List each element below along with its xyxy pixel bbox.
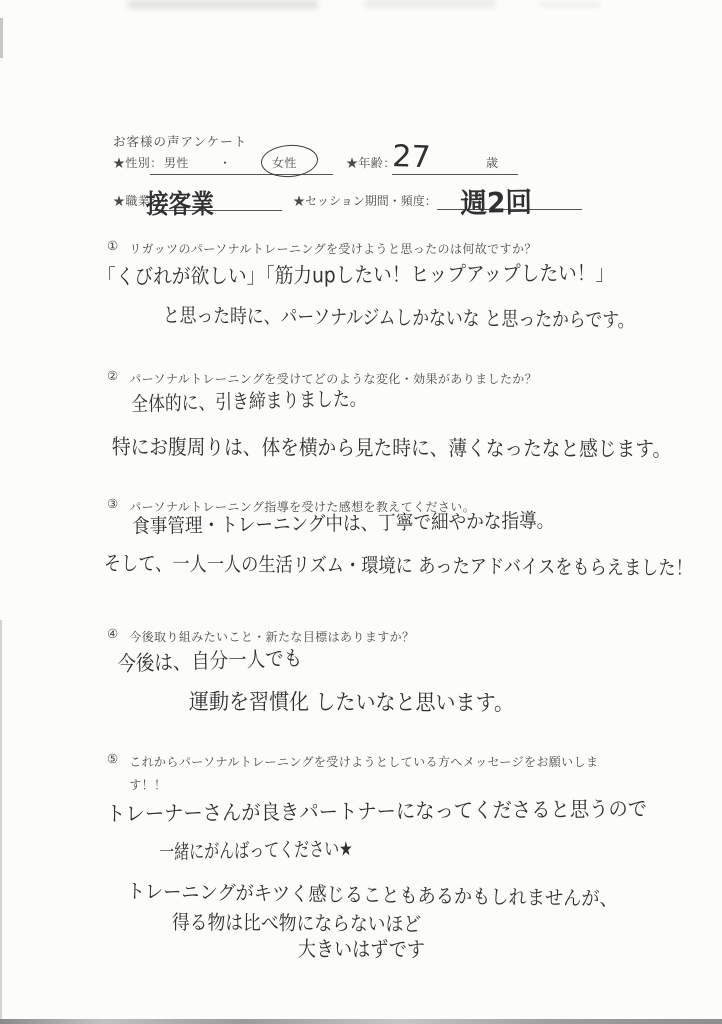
scan-artifact-top-smudge bbox=[540, 2, 600, 7]
occupation-value-handwritten: 接客業 bbox=[146, 184, 214, 221]
scan-artifact-left-edge bbox=[0, 620, 2, 1024]
question-4-answer-line: 運動を習慣化 したいなと思います。 bbox=[189, 685, 514, 717]
question-4-answer-line: 今後は、自分一人でも bbox=[117, 642, 302, 678]
question-1-answer-line: と思った時に、パーソナルジムしかないな と思ったからです。 bbox=[163, 299, 635, 333]
question-5-answer-line: トレーナーさんが良きパートナーになってくださると思うので bbox=[106, 793, 647, 828]
scan-artifact-top-smudge bbox=[128, 0, 318, 9]
gender-option-male: 男性 bbox=[164, 154, 189, 171]
scanned-survey-page: お客様の声アンケート ★性別： 男性 ・ 女性 ★年齢： 27 歳 ★職業： 接… bbox=[0, 0, 722, 1024]
question-5-text: これからパーソナルトレーニングを受けようとしている方へメッセージをお願いします！… bbox=[129, 751, 617, 797]
question-3-number: ③ bbox=[107, 496, 118, 512]
question-5-answer-line: 得る物は比べ物にならないほど bbox=[172, 906, 421, 937]
question-4-number: ④ bbox=[107, 626, 118, 642]
question-1-number: ① bbox=[107, 238, 118, 254]
question-1-answer-line: 「くびれが欲しい」「筋力upしたい！ヒップアップしたい！」 bbox=[97, 257, 614, 291]
question-2-number: ② bbox=[107, 368, 118, 384]
age-value-handwritten: 27 bbox=[392, 139, 431, 175]
gender-underline bbox=[150, 174, 333, 175]
question-5-answer-line: 大きいはずです bbox=[298, 933, 425, 964]
gender-label: ★性別： bbox=[113, 154, 163, 171]
question-5: ⑤ これからパーソナルトレーニングを受けようとしている方へメッセージをお願いしま… bbox=[107, 751, 617, 797]
question-2-answer-line: 特にお腹周りは、体を横から見た時に、薄くなったなと感じます。 bbox=[112, 431, 671, 463]
question-5-number: ⑤ bbox=[107, 751, 118, 767]
form-title: お客様の声アンケート bbox=[113, 132, 247, 150]
question-2-answer-line: 全体的に、引き締まりました。 bbox=[131, 382, 367, 417]
scan-artifact-bottom-edge bbox=[0, 1019, 722, 1024]
question-3-answer-line: そして、一人一人の生活リズム・環境に あったアドバイスをもらえました！ bbox=[104, 547, 693, 581]
gender-option-separator: ・ bbox=[219, 154, 231, 171]
question-3-answer-line: 食事管理・トレーニング中は、丁寧で細やかな指導。 bbox=[132, 504, 554, 539]
age-label: ★年齢： bbox=[346, 154, 396, 171]
age-unit: 歳 bbox=[486, 154, 498, 171]
scan-artifact-left-edge bbox=[0, 18, 3, 58]
session-value-handwritten: 週2回 bbox=[460, 181, 532, 222]
session-label: ★セッション期間・頻度： bbox=[293, 192, 437, 209]
scan-artifact-top-smudge bbox=[365, 0, 495, 7]
question-5-answer-line: 一緒にがんばってください★ bbox=[159, 832, 353, 865]
